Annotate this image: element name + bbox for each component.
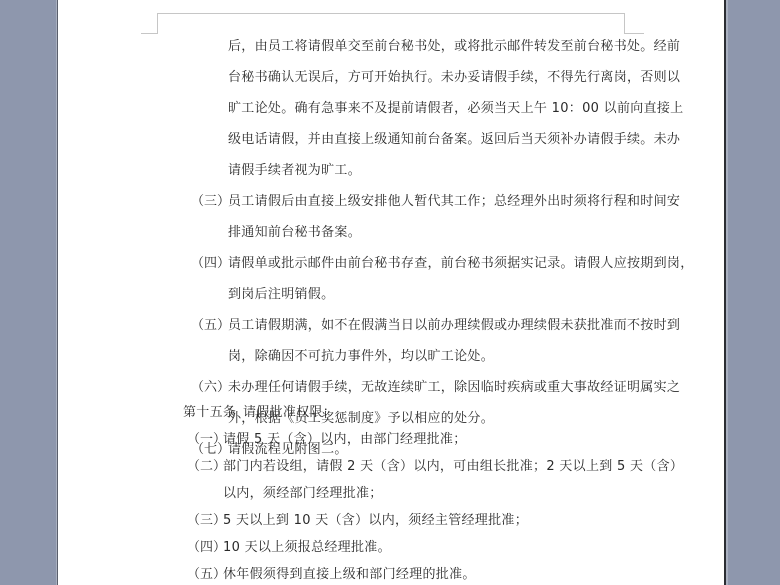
approval-item-text: 部门内若设组，请假 2 天（含）以内，可由组长批准；2 天以上到 5 天（含） (223, 459, 683, 475)
article-label: 第十五条 (183, 405, 236, 421)
text-line: 请假单或批示邮件由前台秘书存查，前台秘书须据实记录。请假人应按期到岗， (228, 256, 694, 272)
text-line: 请假手续者视为旷工。 (228, 163, 361, 179)
text-line: 后，由员工将请假单交至前台秘书处，或将批示邮件转发至前台秘书处。经前 (228, 39, 680, 55)
approval-item-text: 10 天以上须报总经理批准。 (223, 540, 391, 556)
header-margin-line (157, 13, 624, 14)
text-line: 未办理任何请假手续，无故连续旷工，除因临时疾病或重大事故经证明属实之 (228, 380, 680, 396)
item-number: （五） (191, 318, 230, 334)
approval-item-text: 以内，须经部门经理批准； (223, 486, 383, 502)
text-line: 台秘书确认无误后，方可开始执行。未办妥请假手续，不得先行离岗，否则以 (228, 70, 680, 86)
document-page: 后，由员工将请假单交至前台秘书处，或将批示邮件转发至前台秘书处。经前 台秘书确认… (57, 0, 726, 585)
approval-item-number: （五） (187, 567, 226, 583)
item-number: （四） (191, 256, 230, 272)
approval-item-number: （二） (187, 459, 226, 475)
item-number: （六） (191, 380, 230, 396)
approval-item-text: 休年假须得到直接上级和部门经理的批准。 (223, 567, 476, 583)
crop-mark-right-vertical (624, 13, 625, 33)
crop-mark-left-vertical (157, 13, 158, 33)
crop-mark-right-horizontal (624, 33, 644, 34)
text-line: 排通知前台秘书备案。 (228, 225, 361, 241)
item-number: （三） (191, 194, 230, 210)
text-line: 旷工论处。确有急事来不及提前请假者，必须当天上午 10：00 以前向直接上 (228, 101, 683, 117)
approval-item-text: 5 天以上到 10 天（含）以内，须经主管经理批准； (223, 513, 528, 529)
text-line: 到岗后注明销假。 (228, 287, 334, 303)
article-title: 请假批准权限： (243, 405, 336, 421)
crop-mark-left-horizontal (141, 33, 158, 34)
text-line: 岗，除确因不可抗力事件外，均以旷工论处。 (228, 349, 494, 365)
text-line: 员工请假期满，如不在假满当日以前办理续假或办理续假未获批准而不按时到 (228, 318, 680, 334)
approval-item-number: （一） (187, 432, 226, 448)
approval-item-text: 请假 5 天（含）以内，由部门经理批准； (223, 432, 467, 448)
text-line: 级电话请假，并由直接上级通知前台备案。返回后当天须补办请假手续。未办 (228, 132, 680, 148)
approval-item-number: （三） (187, 513, 226, 529)
approval-item-number: （四） (187, 540, 226, 556)
text-line: 员工请假后由直接上级安排他人暂代其工作；总经理外出时须将行程和时间安 (228, 194, 680, 210)
